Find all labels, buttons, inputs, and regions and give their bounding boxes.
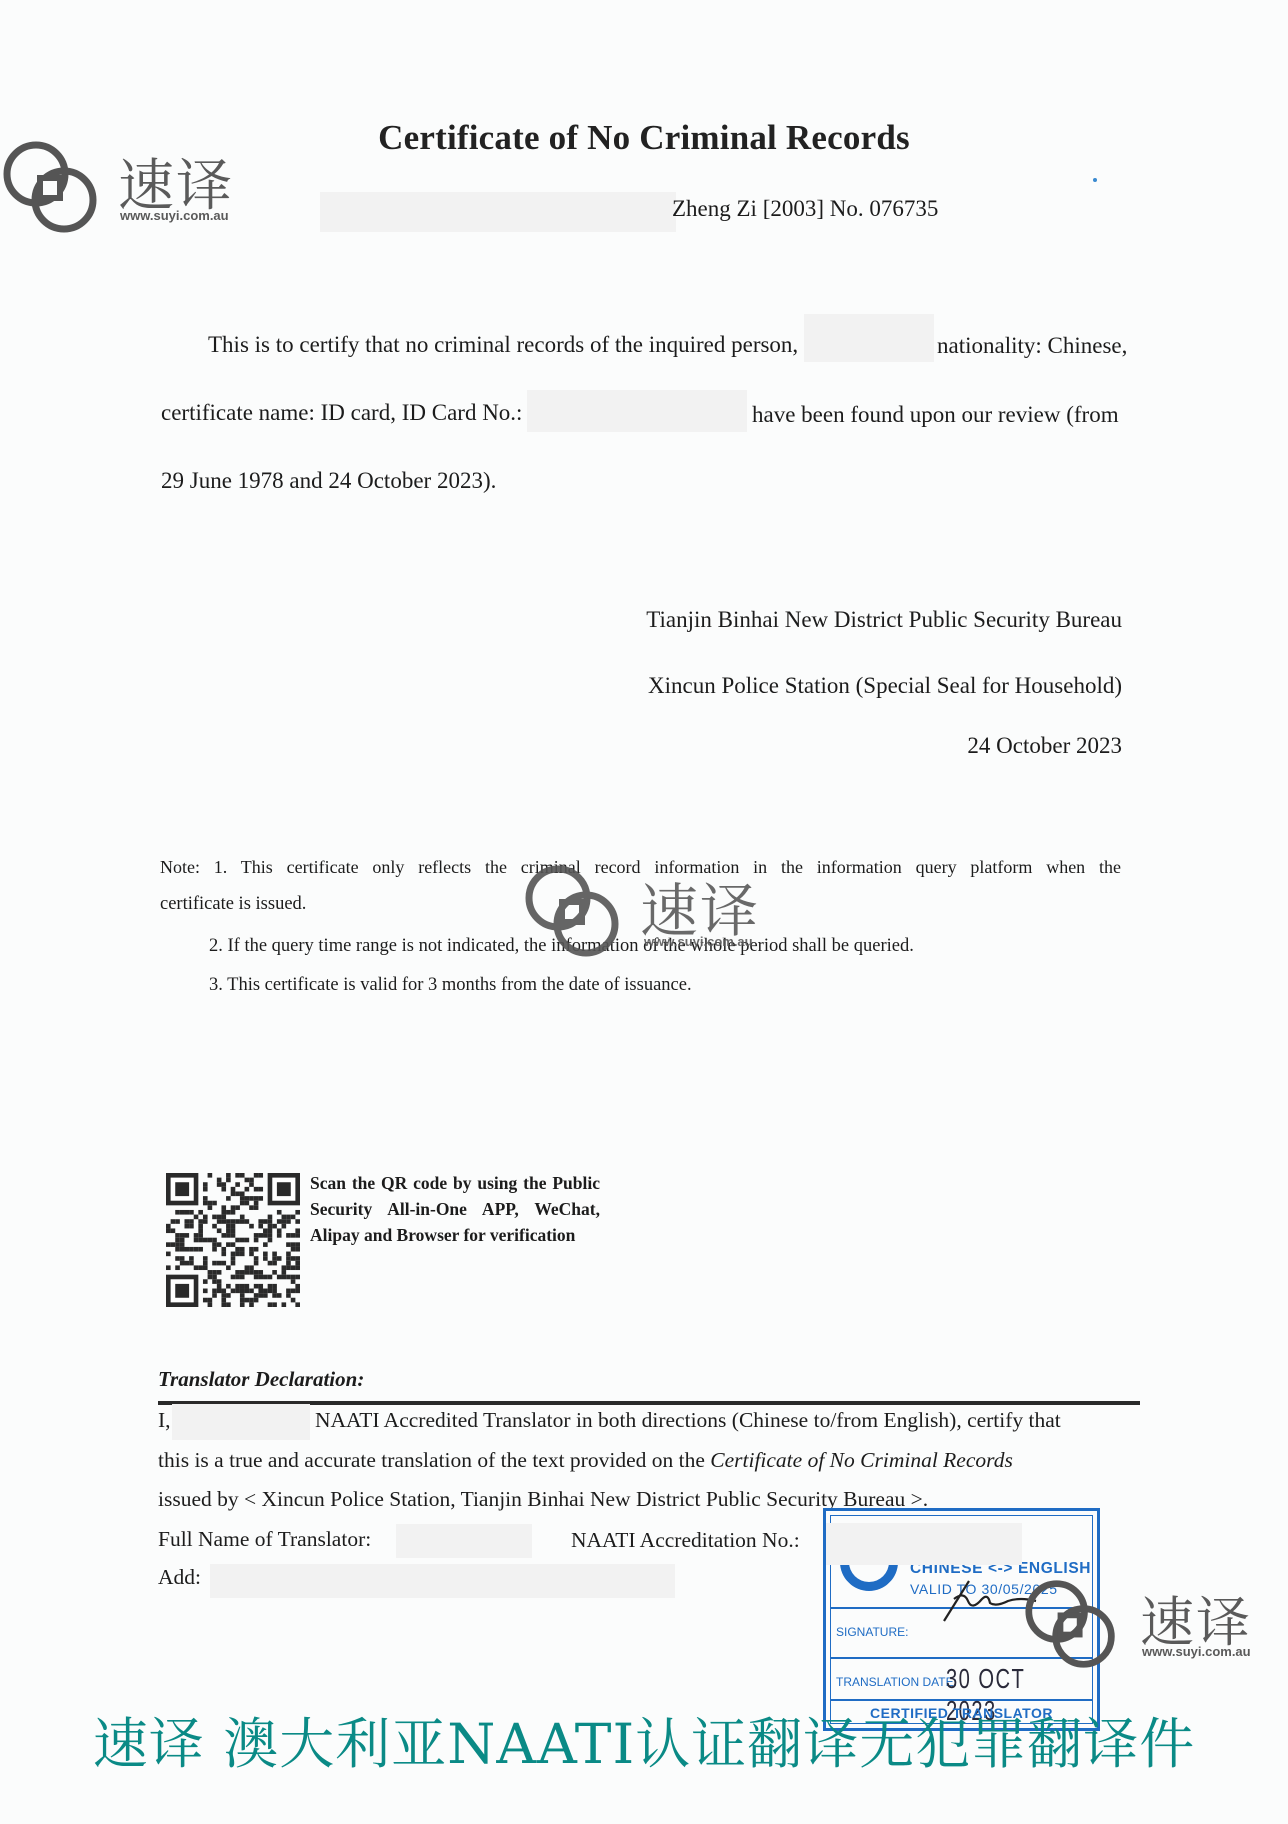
suyi-watermark-middle: 速译 www.suyi.com.au (524, 862, 784, 962)
note-1b: certificate is issued. (160, 894, 306, 915)
body-line-3: 29 June 1978 and 24 October 2023). (161, 468, 496, 494)
body-line-1a: This is to certify that no criminal reco… (208, 332, 798, 358)
address-label: Add: (158, 1565, 201, 1590)
suyi-logo-icon (1024, 1576, 1120, 1672)
declaration-document-name: Certificate of No Criminal Records (710, 1448, 1013, 1472)
declaration-line-2a: this is a true and accurate translation … (158, 1448, 705, 1472)
declaration-line-1a: I, (158, 1408, 171, 1433)
stamp-signature-label: SIGNATURE: (836, 1625, 908, 1639)
watermark-url: www.suyi.com.au (644, 934, 753, 949)
reference-number: Zheng Zi [2003] No. 076735 (672, 196, 938, 222)
redacted-full-name (396, 1524, 532, 1558)
redacted-block (320, 192, 676, 232)
promo-banner: 速译 澳大利亚NAATI认证翻译无犯罪翻译件 (0, 1700, 1288, 1779)
body-line-1b: nationality: Chinese, (937, 333, 1127, 359)
blue-dot (1093, 178, 1097, 182)
logo-url: www.suyi.com.au (1142, 1644, 1251, 1659)
issuer-bureau: Tianjin Binhai New District Public Secur… (646, 607, 1122, 633)
body-line-2b: have been found upon our review (from (752, 402, 1119, 428)
redacted-id-number (527, 390, 747, 432)
suyi-logo-bottom: 速译 www.suyi.com.au (1024, 1576, 1288, 1676)
redacted-naati-number (826, 1523, 1022, 1565)
redacted-address (210, 1564, 675, 1598)
note-3: 3. This certificate is valid for 3 month… (209, 975, 692, 996)
qr-caption: Scan the QR code by using the Public Sec… (310, 1170, 600, 1248)
declaration-line-1b: NAATI Accredited Translator in both dire… (315, 1408, 1061, 1433)
redacted-translator-name (172, 1404, 310, 1440)
naati-number-label: NAATI Accreditation No.: (571, 1528, 800, 1553)
declaration-line-2: this is a true and accurate translation … (158, 1448, 1013, 1473)
stamp-date-label: TRANSLATION DATE: (836, 1675, 957, 1689)
declaration-line-3: issued by < Xincun Police Station, Tianj… (158, 1487, 928, 1512)
page-title: Certificate of No Criminal Records (0, 118, 1288, 158)
issue-date: 24 October 2023 (967, 733, 1122, 759)
redacted-name (804, 314, 934, 362)
issuer-station: Xincun Police Station (Special Seal for … (648, 673, 1122, 699)
logo-url: www.suyi.com.au (120, 208, 229, 223)
full-name-label: Full Name of Translator: (158, 1527, 371, 1552)
verification-qr-code[interactable] (166, 1173, 300, 1307)
body-line-2a: certificate name: ID card, ID Card No.: (161, 400, 522, 426)
suyi-logo-icon (524, 862, 624, 960)
declaration-title: Translator Declaration: (158, 1367, 364, 1392)
